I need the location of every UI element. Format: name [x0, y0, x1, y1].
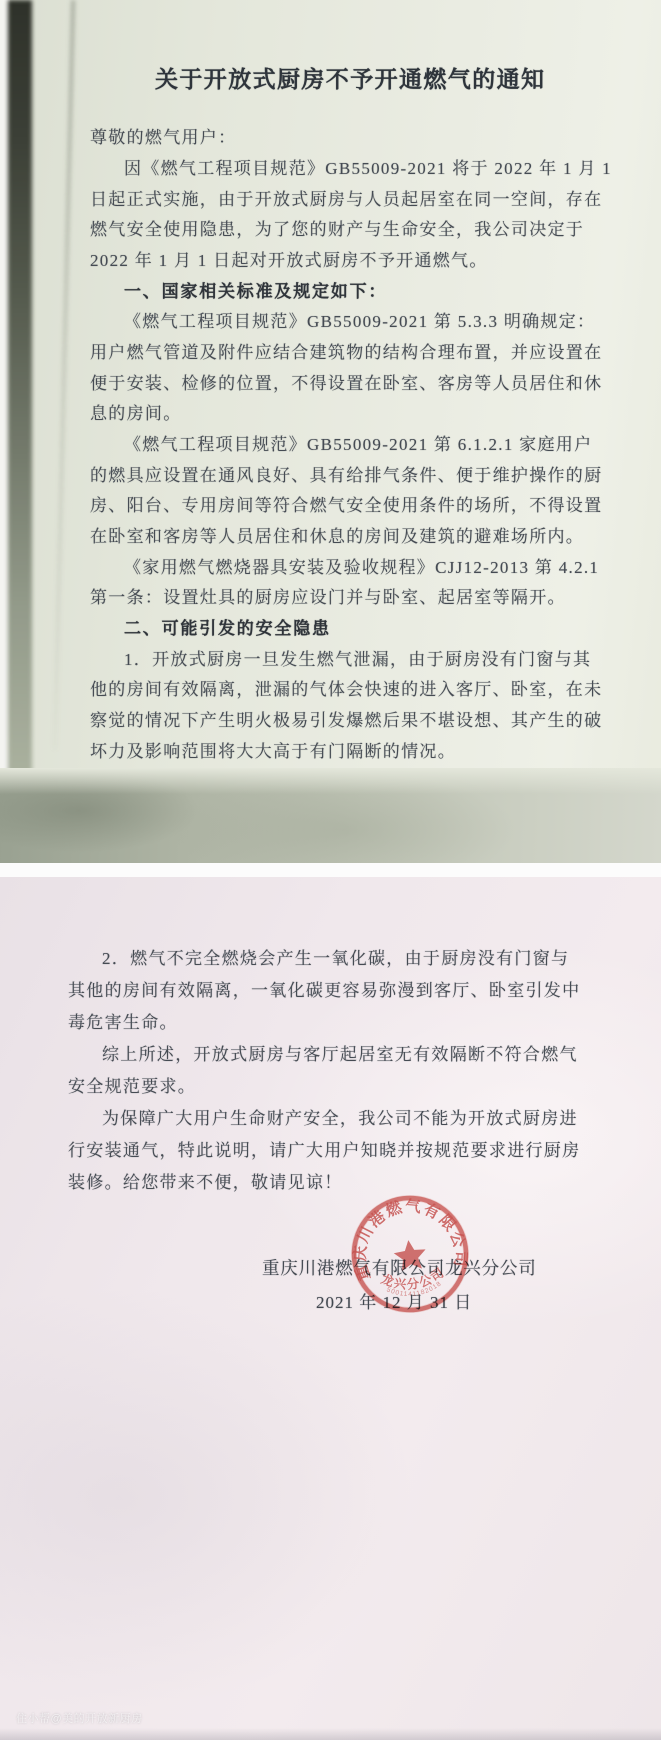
body-line: 燃气安全使用隐患，为了您的财产与生命安全，我公司决定于	[90, 215, 584, 240]
seal-star-icon	[392, 1238, 427, 1272]
body-line: 房、阳台、专用房间等符合燃气安全使用条件的场所，不得设置	[90, 491, 602, 516]
body-line: 安全规范要求。	[68, 1072, 196, 1097]
body-line: 的燃具应设置在通风良好、具有给排气条件、便于维护操作的厨	[90, 461, 602, 486]
seal-company-name: 重庆川港燃气有限公司	[343, 1189, 473, 1283]
body-line: 《燃气工程项目规范》GB55009-2021 第 6.1.2.1 家庭用户	[90, 430, 592, 455]
body-line: 2022 年 1 月 1 日起对开放式厨房不予开通燃气。	[90, 246, 488, 271]
notice-title: 关于开放式厨房不予开通燃气的通知	[155, 61, 545, 94]
body-line: 第一条：设置灶具的厨房应设门并与卧室、起居室等隔开。	[90, 583, 566, 608]
body-line: 装修。给您带来不便，敬请见谅！	[68, 1168, 343, 1193]
notice-page1-photo: 关于开放式厨房不予开通燃气的通知 尊敬的燃气用户： 因《燃气工程项目规范》GB5…	[0, 0, 661, 863]
body-line: 其他的房间有效隔离，一氧化碳更容易弥漫到客厅、卧室引发中	[68, 976, 580, 1001]
body-line: 用户燃气管道及附件应结合建筑物的结构合理布置，并应设置在	[90, 338, 602, 363]
page1-paper-crease	[53, 0, 75, 750]
body-line: 因《燃气工程项目规范》GB55009-2021 将于 2022 年 1 月 1	[90, 154, 612, 179]
body-line: 综上所述，开放式厨房与客厅起居室无有效隔断不符合燃气	[68, 1040, 578, 1065]
page1-photo-background-surface	[0, 768, 661, 863]
body-line: 日起正式实施，由于开放式厨房与人员起居室在同一空间，存在	[90, 185, 602, 210]
company-seal-stamp: 重庆川港燃气有限公司 龙兴分公司 5001141182018	[332, 1176, 488, 1332]
section2-heading: 二、可能引发的安全隐患	[90, 614, 331, 639]
body-line: 息的房间。	[90, 399, 182, 424]
body-line: 《燃气工程项目规范》GB55009-2021 第 5.3.3 明确规定：	[90, 307, 595, 332]
body-line: 在卧室和客房等人员居住和休息的房间及建筑的避难场所内。	[90, 522, 584, 547]
body-line: 他的房间有效隔离，泄漏的气体会快速的进入客厅、卧室，在未	[90, 675, 602, 700]
salutation: 尊敬的燃气用户：	[90, 123, 236, 148]
body-line: 便于安装、检修的位置，不得设置在卧室、客房等人员居住和休	[90, 369, 602, 394]
body-line: 为保障广大用户生命财产安全，我公司不能为开放式厨房进	[68, 1104, 578, 1129]
body-line: 1．开放式厨房一旦发生燃气泄漏，由于厨房没有门窗与其	[90, 645, 591, 670]
body-line: 2．燃气不完全燃烧会产生一氧化碳，由于厨房没有门窗与	[68, 944, 569, 969]
svg-text:重庆川港燃气有限公司: 重庆川港燃气有限公司	[343, 1189, 473, 1283]
photo-divider	[0, 863, 661, 877]
body-line: 察觉的情况下产生明火极易引发爆燃后果不堪设想、其产生的破	[90, 706, 602, 731]
notice-screenshot: 关于开放式厨房不予开通燃气的通知 尊敬的燃气用户： 因《燃气工程项目规范》GB5…	[0, 0, 661, 1740]
body-line: 毒危害生命。	[68, 1008, 178, 1033]
section1-heading: 一、国家相关标准及规定如下：	[90, 277, 387, 302]
body-line: 《家用燃气燃烧器具安装及验收规程》CJJ12-2013 第 4.2.1	[90, 553, 599, 578]
notice-page2-photo: 2．燃气不完全燃烧会产生一氧化碳，由于厨房没有门窗与 其他的房间有效隔离，一氧化…	[0, 877, 661, 1740]
app-watermark: 住小帮@美的开放新厨房	[16, 1710, 143, 1726]
body-line: 行安装通气，特此说明，请广大用户知晓并按规范要求进行厨房	[68, 1136, 580, 1161]
body-line: 坏力及影响范围将大大高于有门隔断的情况。	[90, 737, 456, 762]
page1-paper-edge-shadow	[8, 0, 32, 778]
